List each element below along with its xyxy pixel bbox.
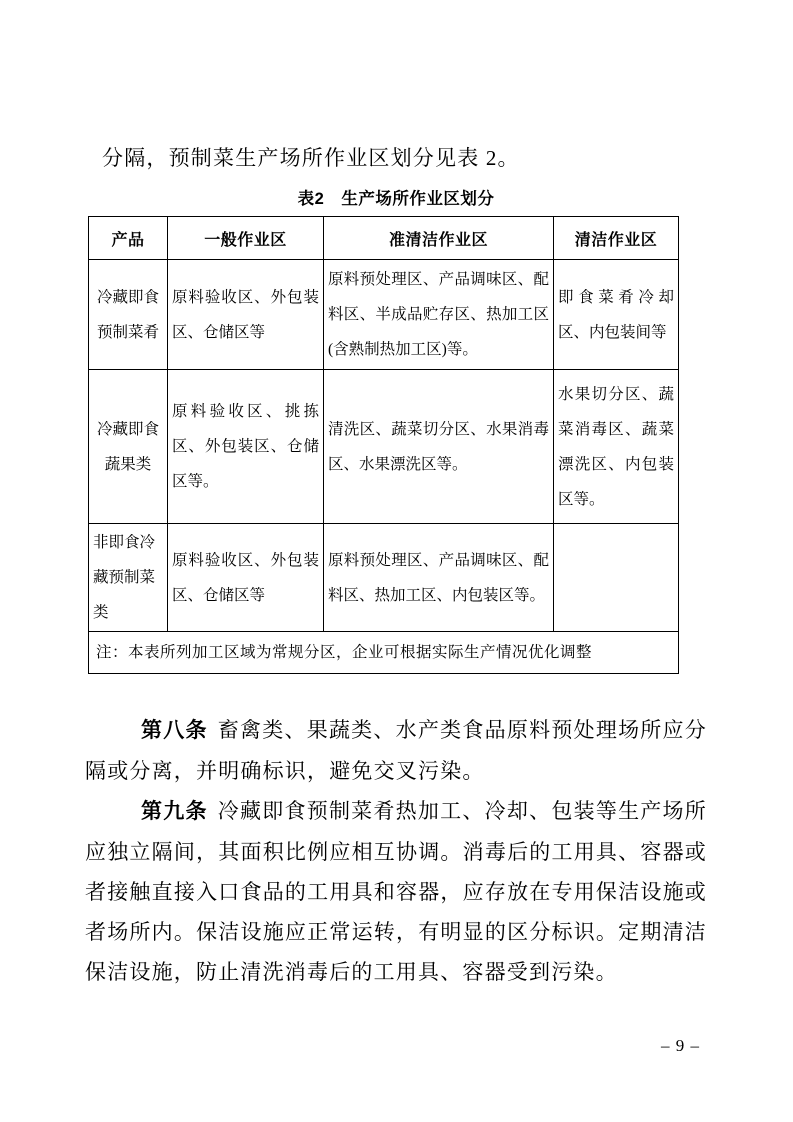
article-8: 第八条畜禽类、果蔬类、水产类食品原料预处理场所应分隔或分离，并明确标识，避免交叉… (85, 710, 707, 791)
table-cell-general: 原料验收区、挑拣区、外包装区、仓储区等。 (168, 370, 324, 524)
column-header-clean-area: 清洁作业区 (554, 217, 679, 260)
article-8-label: 第八条 (141, 719, 208, 742)
document-page: 分隔，预制菜生产场所作业区划分见表 2。 表2 生产场所作业区划分 产品 一般作… (0, 0, 793, 1122)
column-header-general-area: 一般作业区 (168, 217, 324, 260)
article-9-label: 第九条 (141, 800, 208, 823)
column-header-product: 产品 (89, 217, 168, 260)
article-9: 第九条冷藏即食预制菜肴热加工、冷却、包装等生产场所应独立隔间，其面积比例应相互协… (85, 791, 707, 992)
column-header-quasi-clean-area: 准清洁作业区 (324, 217, 554, 260)
table-note-row: 注：本表所列加工区域为常规分区，企业可根据实际生产情况优化调整 (89, 632, 679, 674)
table-cell-quasi-clean: 原料预处理区、产品调味区、配料区、半成品贮存区、热加工区(含熟制热加工区)等。 (324, 260, 554, 370)
table-cell-product: 非即食冷藏预制菜类 (89, 524, 168, 632)
table-note: 注：本表所列加工区域为常规分区，企业可根据实际生产情况优化调整 (89, 632, 679, 674)
intro-paragraph: 分隔，预制菜生产场所作业区划分见表 2。 (85, 143, 707, 173)
table-cell-clean-empty (554, 524, 679, 632)
page-number: – 9 – (661, 1036, 700, 1056)
table-cell-clean: 即食菜肴冷却区、内包装间等 (554, 260, 679, 370)
table-row: 非即食冷藏预制菜类 原料验收区、外包装区、仓储区等 原料预处理区、产品调味区、配… (89, 524, 679, 632)
table-cell-general: 原料验收区、外包装区、仓储区等 (168, 260, 324, 370)
production-area-table: 产品 一般作业区 准清洁作业区 清洁作业区 冷藏即食预制菜肴 原料验收区、外包装… (88, 216, 679, 674)
page-content: 分隔，预制菜生产场所作业区划分见表 2。 表2 生产场所作业区划分 产品 一般作… (85, 143, 707, 992)
table-header-row: 产品 一般作业区 准清洁作业区 清洁作业区 (89, 217, 679, 260)
table-cell-product: 冷藏即食蔬果类 (89, 370, 168, 524)
table-cell-quasi-clean: 原料预处理区、产品调味区、配料区、热加工区、内包装区等。 (324, 524, 554, 632)
article-9-text: 冷藏即食预制菜肴热加工、冷却、包装等生产场所应独立隔间，其面积比例应相互协调。消… (85, 799, 707, 984)
table-row: 冷藏即食预制菜肴 原料验收区、外包装区、仓储区等 原料预处理区、产品调味区、配料… (89, 260, 679, 370)
table-cell-product: 冷藏即食预制菜肴 (89, 260, 168, 370)
table-cell-clean: 水果切分区、蔬菜消毒区、蔬菜漂洗区、内包装区等。 (554, 370, 679, 524)
table-row: 冷藏即食蔬果类 原料验收区、挑拣区、外包装区、仓储区等。 清洗区、蔬菜切分区、水… (89, 370, 679, 524)
table-cell-general: 原料验收区、外包装区、仓储区等 (168, 524, 324, 632)
table-cell-quasi-clean: 清洗区、蔬菜切分区、水果消毒区、水果漂洗区等。 (324, 370, 554, 524)
articles-section: 第八条畜禽类、果蔬类、水产类食品原料预处理场所应分隔或分离，并明确标识，避免交叉… (85, 710, 707, 992)
table-title: 表2 生产场所作业区划分 (85, 187, 707, 211)
